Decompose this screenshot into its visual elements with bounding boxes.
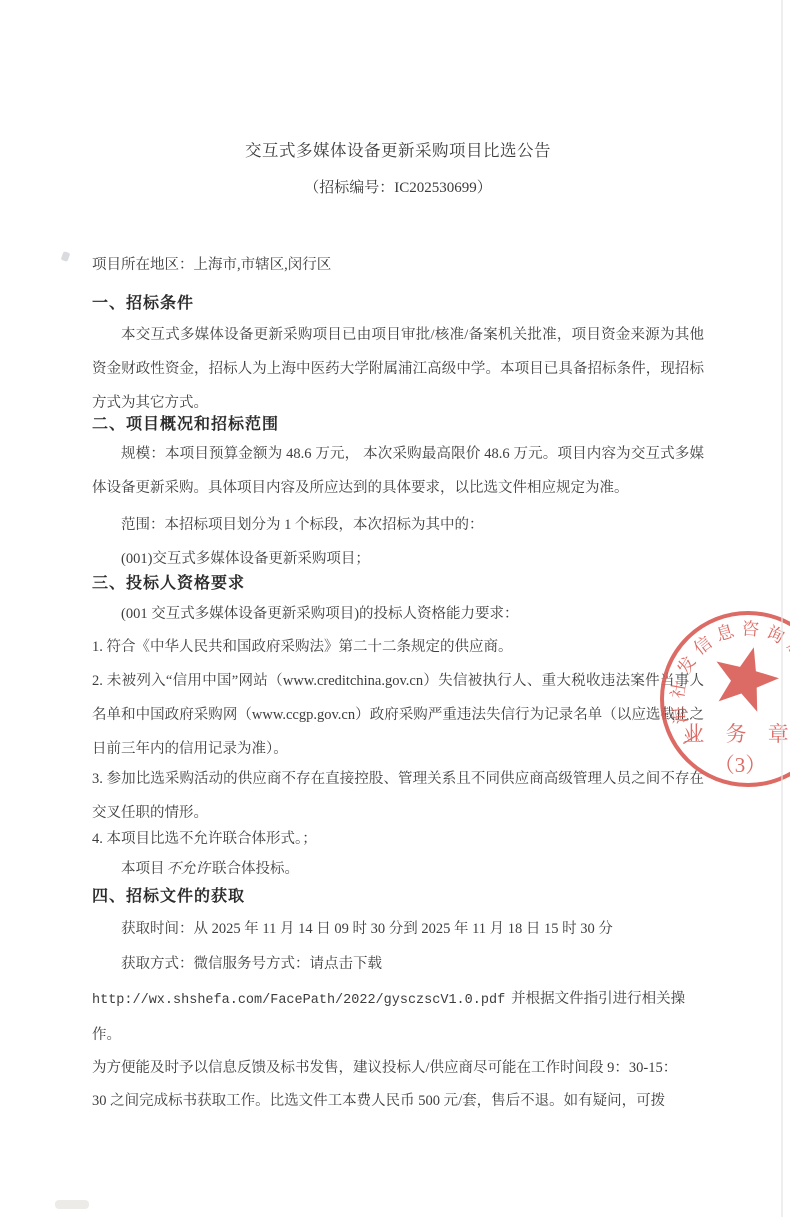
project-scope-line: 范围：本招标项目划分为 1 个标段，本次招标为其中的： (92, 508, 704, 542)
qualification-intro-line: (001 交互式多媒体设备更新采购项目)的投标人资格能力要求： (92, 597, 704, 631)
download-url-line: http://wx.shshefa.com/FacePath/2022/gysc… (92, 982, 704, 1052)
acquisition-note-line-1: 为方便能及时予以信息反馈及标书发售，建议投标人/供应商尽可能在工作时间段 9：3… (92, 1051, 704, 1085)
section-heading-document-acquisition: 四、招标文件的获取 (92, 880, 704, 914)
acquisition-time-line: 获取时间：从 2025 年 11 月 14 日 09 时 30 分到 2025 … (92, 912, 704, 946)
section-heading-bidding-conditions: 一、招标条件 (92, 287, 704, 321)
red-business-seal: 上海社发信息咨询服务 业 务 章 （3） (640, 570, 790, 850)
project-scale-paragraph: 规模：本项目预算金额为 48.6 万元， 本次采购最高限价 48.6 万元。项目… (92, 437, 704, 505)
joint-venture-suffix: 联合体投标。 (212, 861, 299, 877)
tender-number: （招标编号：IC202530699） (92, 176, 704, 200)
seal-label: 业 务 章 (683, 722, 790, 746)
seal-number: （3） (714, 753, 767, 777)
bidding-conditions-paragraph: 本交互式多媒体设备更新采购项目已由项目审批/核准/备案机关批准，项目资金来源为其… (92, 318, 704, 420)
document-body: 交互式多媒体设备更新采购项目比选公告 （招标编号：IC202530699） 项目… (92, 0, 704, 1118)
acquisition-method-line: 获取方式：微信服务号方式：请点击下载 (92, 947, 704, 981)
download-url: http://wx.shshefa.com/FacePath/2022/gysc… (92, 993, 505, 1008)
scanned-document-page: 交互式多媒体设备更新采购项目比选公告 （招标编号：IC202530699） 项目… (0, 0, 790, 1217)
section-heading-bidder-qualifications: 三、投标人资格要求 (92, 567, 704, 601)
scan-page-edge-shadow (781, 0, 783, 1217)
qualification-item-4: 4. 本项目比选不允许联合体形式。； (92, 822, 704, 856)
seal-star-icon (717, 647, 780, 712)
acquisition-note-line-2: 30 之间完成标书获取工作。比选文件工本费人民币 500 元/套，售后不退。如有… (92, 1084, 704, 1118)
document-title: 交互式多媒体设备更新采购项目比选公告 (92, 138, 704, 164)
qualification-item-2: 2. 未被列入“信用中国”网站（www.creditchina.gov.cn）失… (92, 664, 704, 766)
qualification-item-3: 3. 参加比选采购活动的供应商不存在直接控股、管理关系且不同供应商高级管理人员之… (92, 762, 704, 830)
qualification-item-1: 1. 符合《中华人民共和国政府采购法》第二十二条规定的供应商。 (92, 630, 704, 664)
joint-venture-prefix: 本项目 (121, 861, 165, 877)
scan-artifact (61, 251, 71, 262)
scan-artifact (55, 1200, 89, 1209)
project-location-line: 项目所在地区：上海市,市辖区,闵行区 (92, 248, 704, 282)
joint-venture-not-allowed: 不允许 (167, 861, 211, 877)
